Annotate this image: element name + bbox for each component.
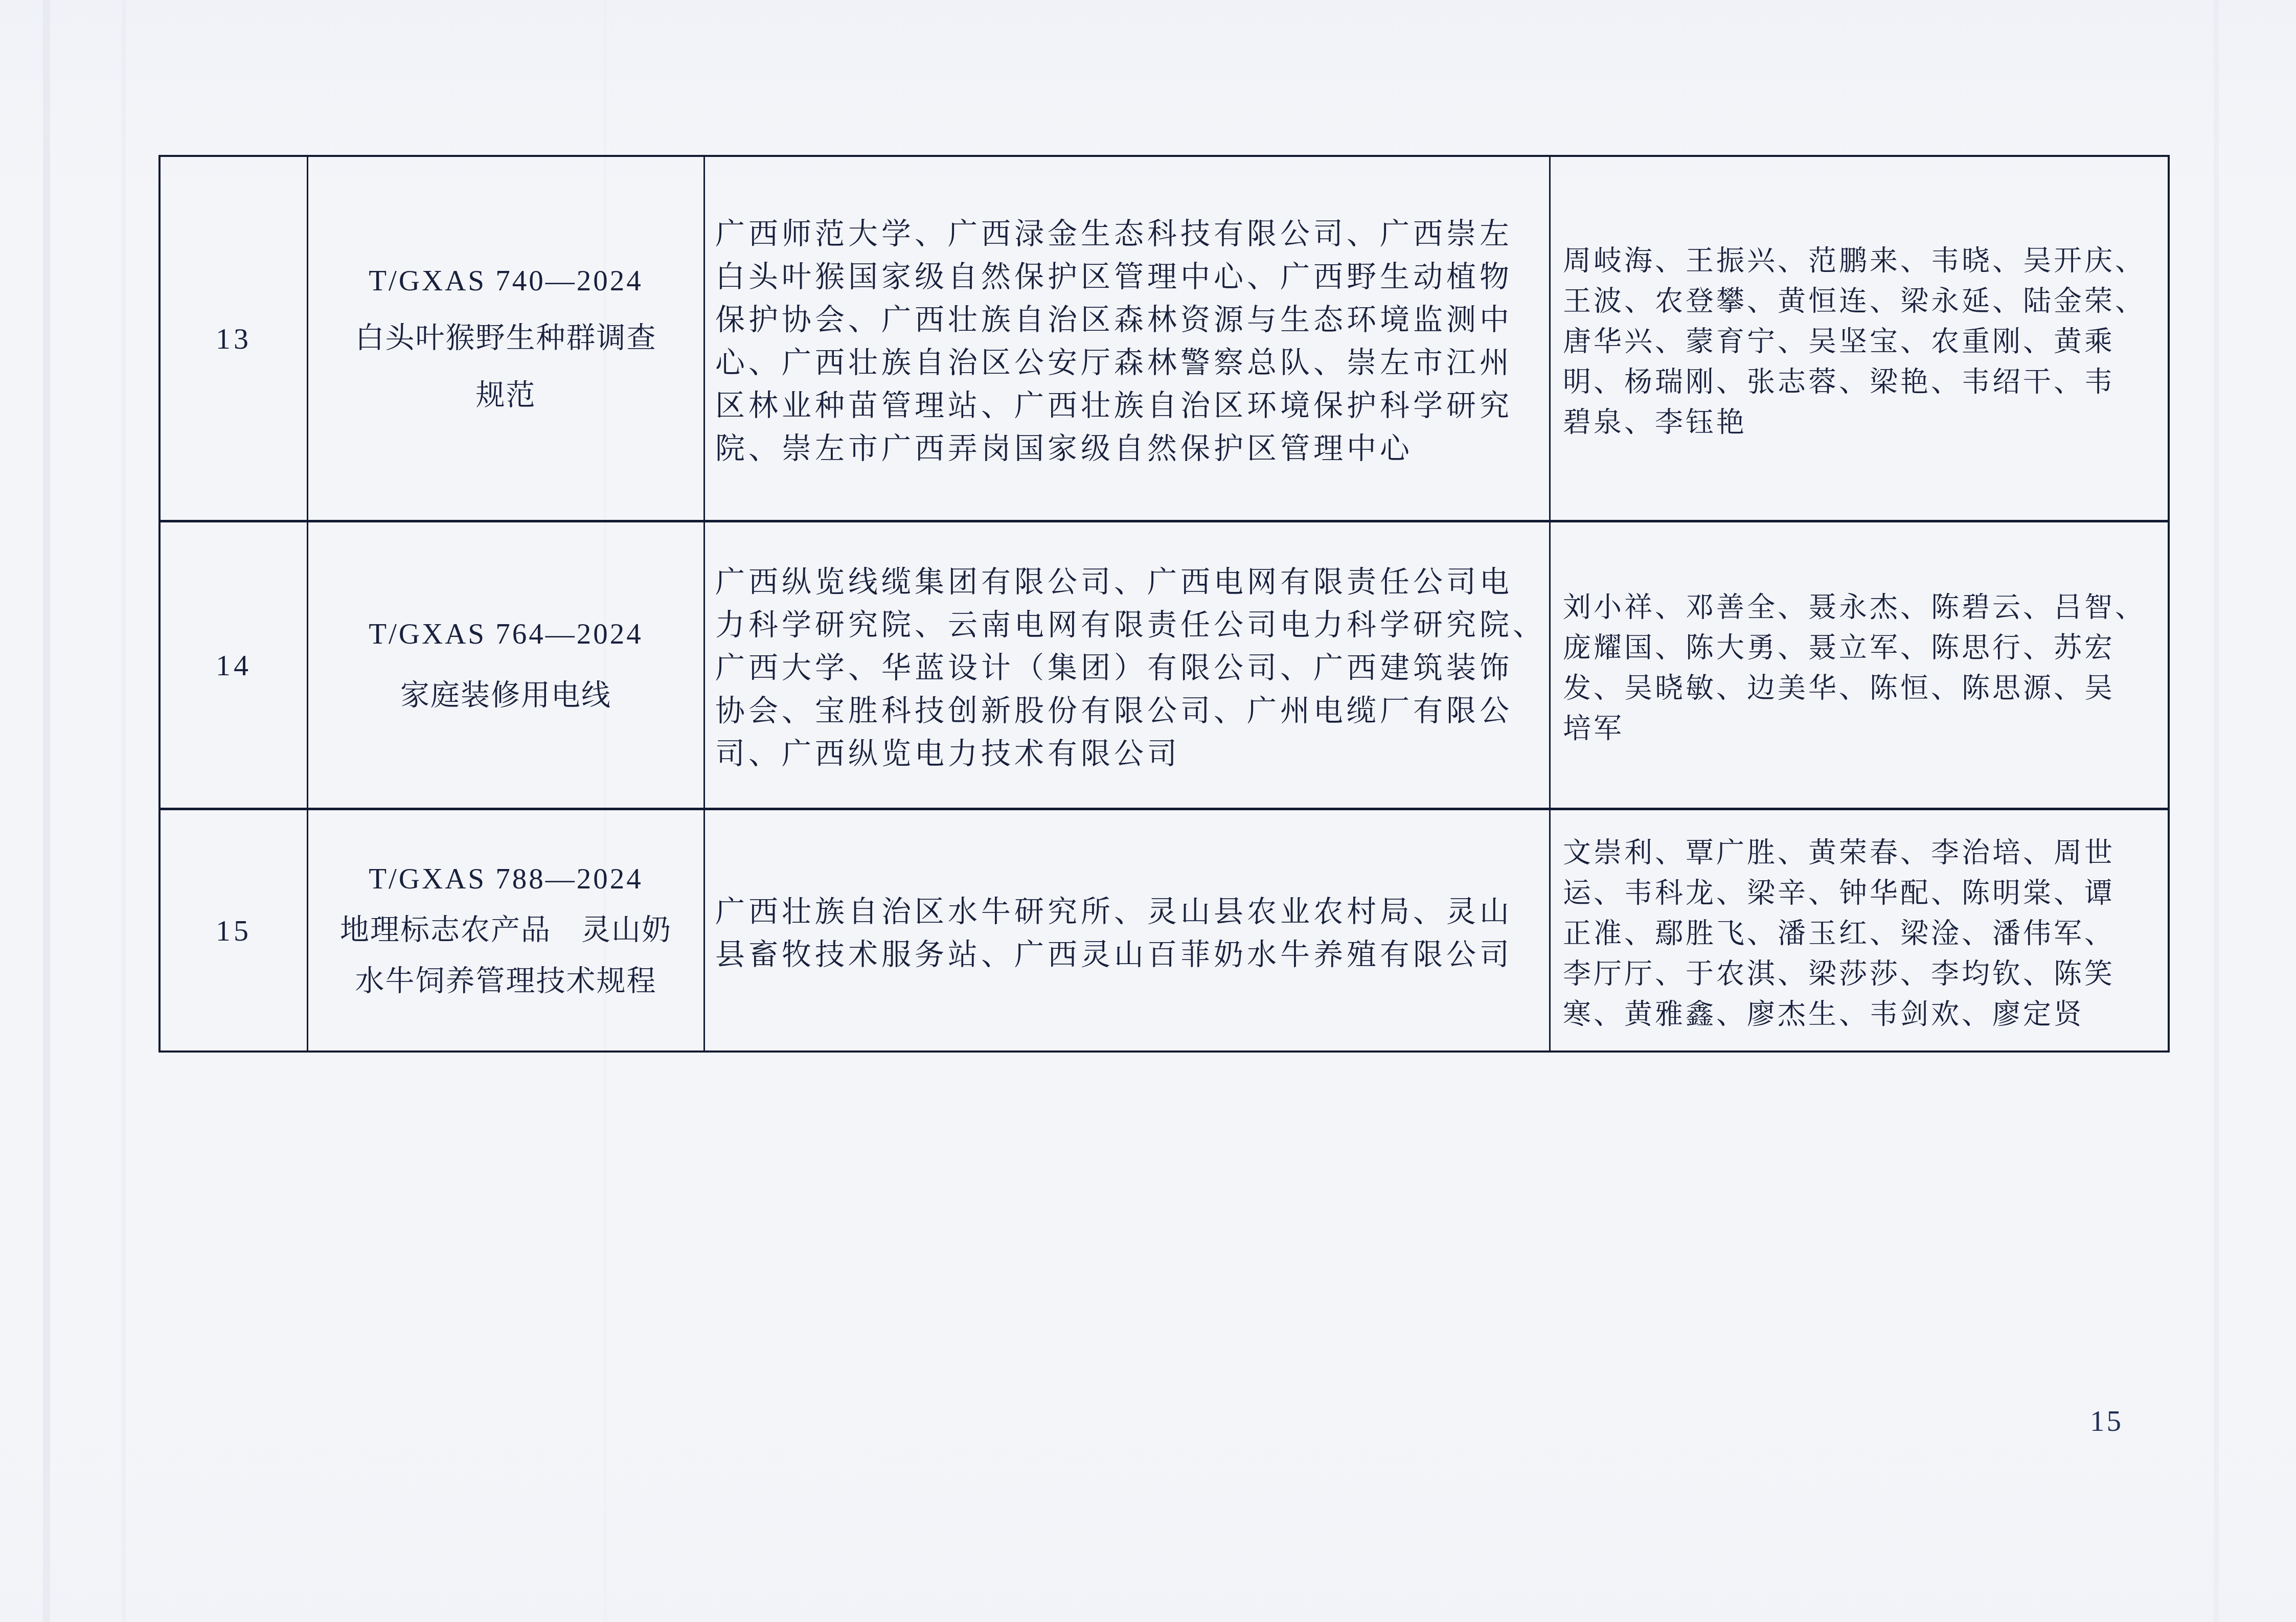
- row-14-number-cell: 14: [161, 522, 308, 810]
- people-line: 王波、农登攀、黄恒连、梁永延、陆金荣、: [1563, 278, 2159, 318]
- org-line: 广西壮族自治区水牛研究所、灵山县农业农村局、灵山: [715, 887, 1530, 930]
- people-line: 庞耀国、陈大勇、聂立军、陈思行、苏宏: [1563, 625, 2159, 665]
- standard-title-line: 规范: [476, 367, 536, 424]
- org-line: 力科学研究院、云南电网有限责任公司电力科学研究院、: [715, 601, 1530, 644]
- standard-title-line: 家庭装修用电线: [400, 665, 611, 726]
- people-line: 刘小祥、邓善全、聂永杰、陈碧云、吕智、: [1563, 584, 2159, 625]
- standard-id: T/GXAS 764—2024: [369, 604, 643, 665]
- row-13-drafters-cell: 周岐海、王振兴、范鹏来、韦晓、吴开庆、 王波、农登攀、黄恒连、梁永延、陆金荣、 …: [1551, 157, 2168, 522]
- org-line: 广西纵览线缆集团有限公司、广西电网有限责任公司电: [715, 558, 1530, 601]
- org-line: 白头叶猴国家级自然保护区管理中心、广西野生动植物: [715, 253, 1530, 295]
- people-line: 培军: [1563, 705, 2159, 746]
- scan-streak: [43, 0, 50, 1622]
- org-line: 广西大学、华蓝设计（集团）有限公司、广西建筑装饰: [715, 644, 1530, 687]
- standards-table: 13 T/GXAS 740—2024 白头叶猴野生种群调查 规范 广西师范大学、…: [158, 155, 2170, 1053]
- row-14-standard-cell: T/GXAS 764—2024 家庭装修用电线: [308, 522, 705, 810]
- scan-streak: [2214, 0, 2219, 1622]
- org-line: 院、崇左市广西弄岗国家级自然保护区管理中心: [715, 424, 1530, 467]
- people-line: 文崇利、覃广胜、黄荣春、李治培、周世: [1563, 830, 2159, 870]
- org-line: 保护协会、广西壮族自治区森林资源与生态环境监测中: [715, 295, 1530, 338]
- people-line: 发、吴晓敏、边美华、陈恒、陈思源、吴: [1563, 665, 2159, 705]
- people-line: 李厅厅、于农淇、梁莎莎、李均钦、陈笑: [1563, 951, 2159, 991]
- standard-id: T/GXAS 788—2024: [369, 854, 643, 905]
- row-number: 13: [216, 322, 252, 356]
- people-line: 唐华兴、蒙育宁、吴坚宝、农重刚、黄乘: [1563, 318, 2159, 359]
- scanned-document-page: { "page": { "number": "15", "colors": { …: [0, 0, 2296, 1622]
- org-line: 协会、宝胜科技创新股份有限公司、广州电缆厂有限公: [715, 687, 1530, 729]
- row-number: 14: [216, 648, 252, 682]
- people-line: 明、杨瑞刚、张志蓉、梁艳、韦绍干、韦: [1563, 359, 2159, 399]
- standard-title-line: 地理标志农产品 灵山奶: [340, 905, 672, 956]
- people-line: 运、韦科龙、梁辛、钟华配、陈明棠、谭: [1563, 870, 2159, 910]
- standard-id: T/GXAS 740—2024: [369, 253, 643, 310]
- page-number: 15: [2090, 1405, 2123, 1438]
- row-15-organizations-cell: 广西壮族自治区水牛研究所、灵山县农业农村局、灵山 县畜牧技术服务站、广西灵山百菲…: [705, 810, 1551, 1050]
- row-14-drafters-cell: 刘小祥、邓善全、聂永杰、陈碧云、吕智、 庞耀国、陈大勇、聂立军、陈思行、苏宏 发…: [1551, 522, 2168, 810]
- row-13-organizations-cell: 广西师范大学、广西渌金生态科技有限公司、广西崇左 白头叶猴国家级自然保护区管理中…: [705, 157, 1551, 522]
- org-line: 司、广西纵览电力技术有限公司: [715, 729, 1530, 772]
- row-15-number-cell: 15: [161, 810, 308, 1050]
- people-line: 寒、黄雅鑫、廖杰生、韦剑欢、廖定贤: [1563, 991, 2159, 1032]
- standard-title-line: 水牛饲养管理技术规程: [355, 956, 657, 1007]
- row-13-number-cell: 13: [161, 157, 308, 522]
- row-15-drafters-cell: 文崇利、覃广胜、黄荣春、李治培、周世 运、韦科龙、梁辛、钟华配、陈明棠、谭 正准…: [1551, 810, 2168, 1050]
- row-number: 15: [216, 913, 252, 948]
- people-line: 碧泉、李钰艳: [1563, 399, 2159, 440]
- org-line: 区林业种苗管理站、广西壮族自治区环境保护科学研究: [715, 381, 1530, 424]
- row-14-organizations-cell: 广西纵览线缆集团有限公司、广西电网有限责任公司电 力科学研究院、云南电网有限责任…: [705, 522, 1551, 810]
- scan-streak: [122, 0, 126, 1622]
- org-line: 心、广西壮族自治区公安厅森林警察总队、崇左市江州: [715, 338, 1530, 381]
- people-line: 周岐海、王振兴、范鹏来、韦晓、吴开庆、: [1563, 238, 2159, 278]
- org-line: 广西师范大学、广西渌金生态科技有限公司、广西崇左: [715, 210, 1530, 253]
- row-15-standard-cell: T/GXAS 788—2024 地理标志农产品 灵山奶 水牛饲养管理技术规程: [308, 810, 705, 1050]
- row-13-standard-cell: T/GXAS 740—2024 白头叶猴野生种群调查 规范: [308, 157, 705, 522]
- standard-title-line: 白头叶猴野生种群调查: [355, 310, 657, 367]
- org-line: 县畜牧技术服务站、广西灵山百菲奶水牛养殖有限公司: [715, 930, 1530, 973]
- people-line: 正准、鄢胜飞、潘玉红、梁淦、潘伟军、: [1563, 910, 2159, 951]
